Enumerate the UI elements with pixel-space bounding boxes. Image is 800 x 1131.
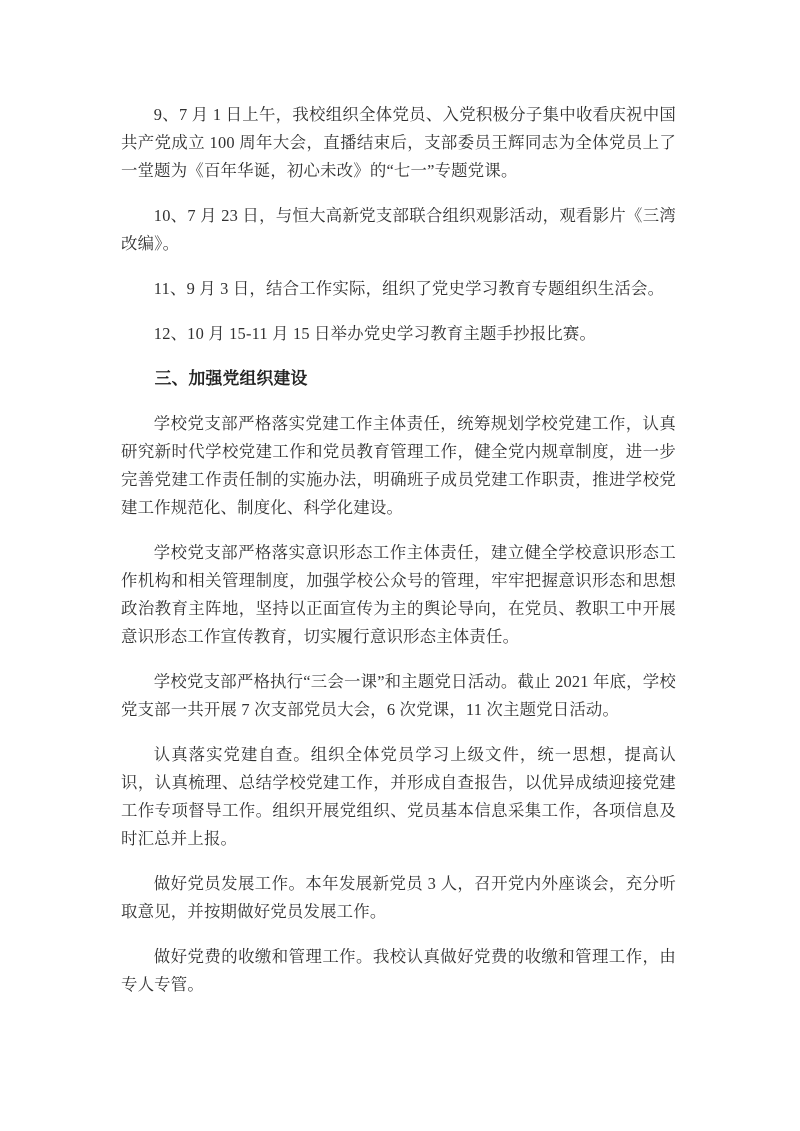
paragraph: 学校党支部严格执行“三会一课”和主题党日活动。截止 2021 年底，学校党支部一… [121,668,676,724]
paragraph: 12、10 月 15-11 月 15 日举办党史学习教育主题手抄报比赛。 [121,320,676,348]
paragraph: 做好党员发展工作。本年发展新党员 3 人，召开党内外座谈会，充分听取意见，并按期… [121,870,676,926]
paragraph: 学校党支部严格落实意识形态工作主体责任，建立健全学校意识形态工作机构和相关管理制… [121,539,676,651]
paragraph: 11、9 月 3 日，结合工作实际，组织了党史学习教育专题组织生活会。 [121,275,676,303]
paragraph: 9、7 月 1 日上午，我校组织全体党员、入党积极分子集中收看庆祝中国共产党成立… [121,101,676,185]
paragraph: 认真落实党建自查。组织全体党员学习上级文件，统一思想，提高认识，认真梳理、总结学… [121,741,676,853]
paragraph: 10、7 月 23 日，与恒大高新党支部联合组织观影活动，观看影片《三湾改编》。 [121,202,676,258]
section-heading: 三、加强党组织建设 [121,365,676,393]
paragraph: 做好党费的收缴和管理工作。我校认真做好党费的收缴和管理工作，由专人专管。 [121,943,676,999]
document-page: 9、7 月 1 日上午，我校组织全体党员、入党积极分子集中收看庆祝中国共产党成立… [0,0,800,1131]
paragraph: 学校党支部严格落实党建工作主体责任，统筹规划学校党建工作，认真研究新时代学校党建… [121,410,676,522]
